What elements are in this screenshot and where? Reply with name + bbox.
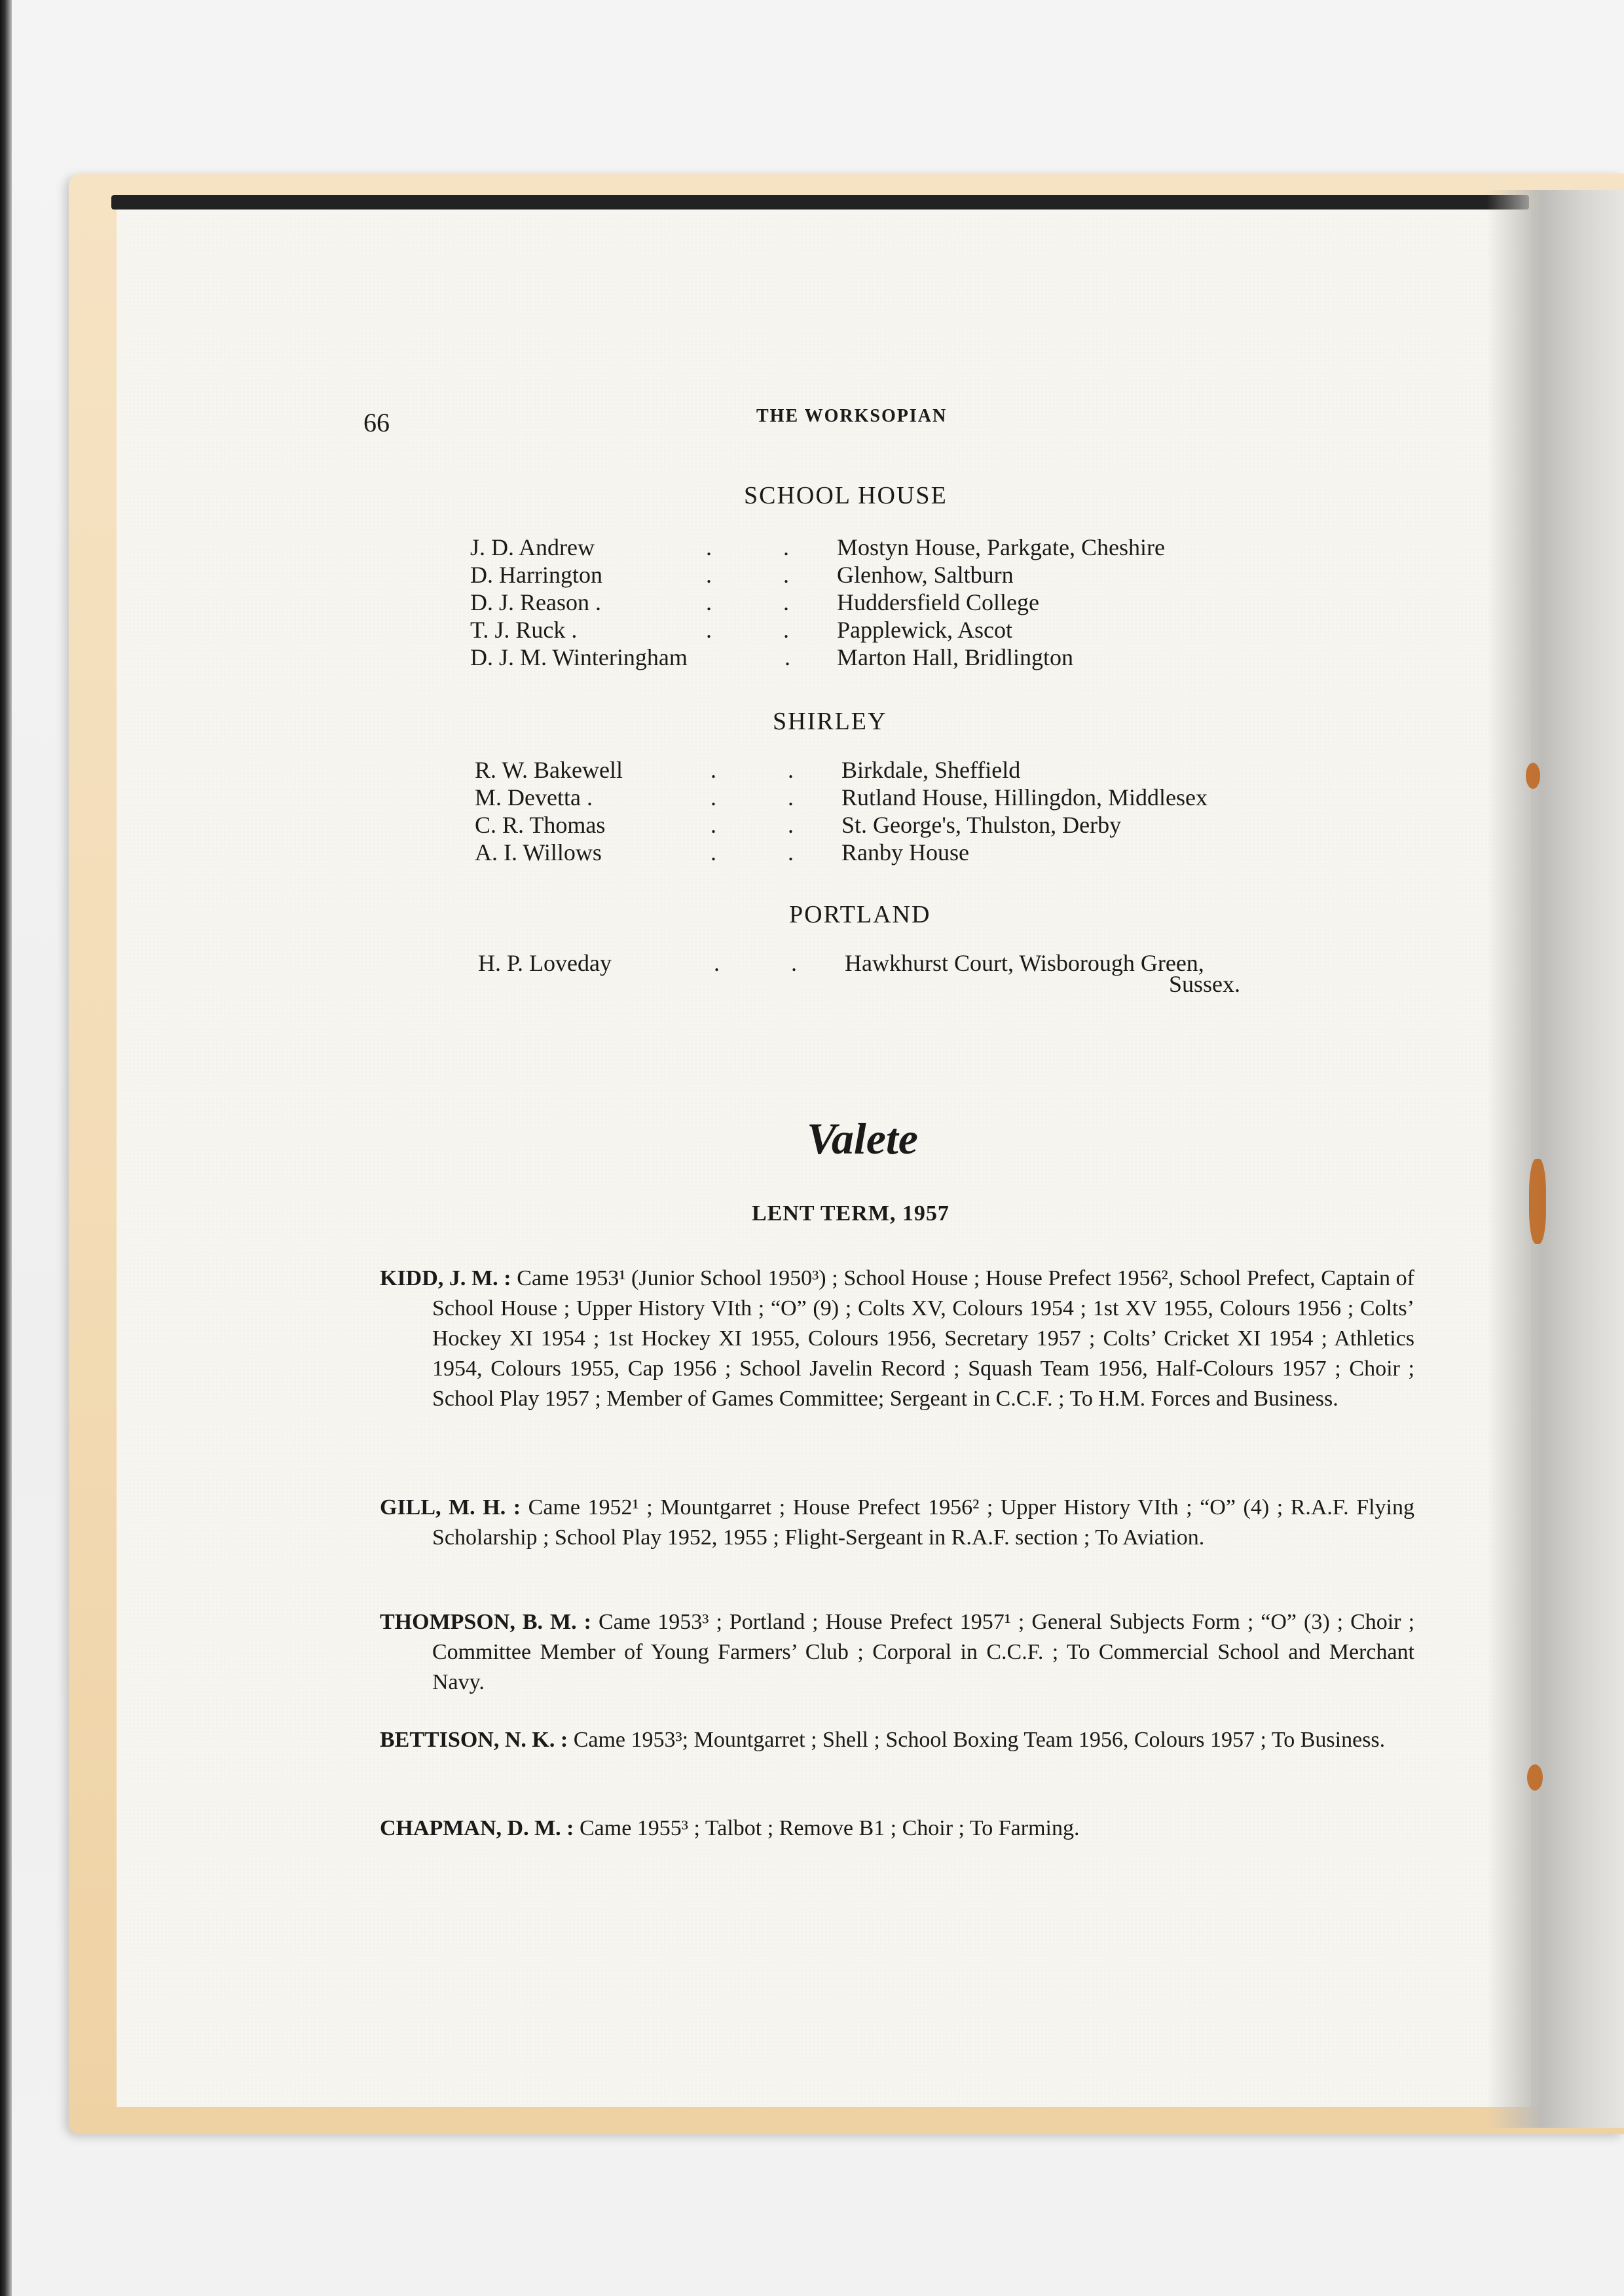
valete-heading: Valete (807, 1113, 918, 1165)
valete-entry: CHAPMAN, D. M. : Came 1955³ ; Talbot ; R… (380, 1813, 1414, 1844)
roster-name: D. J. M. Winteringham (470, 644, 784, 671)
roster-name: H. P. Loveday (478, 949, 714, 977)
house-heading-portland: PORTLAND (789, 900, 931, 929)
entry-name: THOMPSON, B. M. : (380, 1610, 591, 1634)
roster-destination: Birkdale, Sheffield (841, 756, 1020, 784)
leader-dots: . . (706, 589, 837, 616)
entry-name: GILL, M. H. : (380, 1495, 521, 1520)
entry-name: CHAPMAN, D. M. : (380, 1816, 574, 1840)
entry-text: Came 1955³ ; Talbot ; Remove B1 ; Choir … (580, 1816, 1079, 1840)
entry-text: Came 1953¹ (Junior School 1950³) ; Schoo… (432, 1266, 1414, 1411)
roster-destination: Glenhow, Saltburn (837, 561, 1014, 589)
leader-dots: . (784, 644, 837, 671)
roster-destination: Papplewick, Ascot (837, 616, 1012, 644)
roster-row: J. D. Andrew . . Mostyn House, Parkgate,… (470, 534, 1165, 561)
valete-entry: BETTISON, N. K. : Came 1953³; Mountgarre… (380, 1725, 1414, 1755)
roster-name: C. R. Thomas (475, 811, 710, 839)
leader-dots: . . (714, 949, 845, 977)
roster-destination: Marton Hall, Bridlington (837, 644, 1073, 671)
term-heading: LENT TERM, 1957 (752, 1201, 950, 1226)
roster-row: A. I. Willows . . Ranby House (475, 839, 969, 866)
page-content: 66 THE WORKSOPIAN SCHOOL HOUSE J. D. And… (0, 0, 1624, 2296)
entry-text: Came 1952¹ ; Mountgarret ; House Prefect… (432, 1495, 1414, 1550)
entry-name: KIDD, J. M. : (380, 1266, 511, 1290)
leader-dots: . . (706, 534, 837, 561)
leader-dots: . . (706, 616, 837, 644)
leader-dots: . . (710, 756, 841, 784)
entry-name: BETTISON, N. K. : (380, 1728, 568, 1752)
entry-text: Came 1953³; Mountgarret ; Shell ; School… (574, 1728, 1385, 1752)
roster-row: M. Devetta . . . Rutland House, Hillingd… (475, 784, 1208, 811)
running-head: THE WORKSOPIAN (756, 406, 947, 427)
roster-row: C. R. Thomas . . St. George's, Thulston,… (475, 811, 1121, 839)
roster-row: D. J. M. Winteringham . Marton Hall, Bri… (470, 644, 1073, 671)
leader-dots: . . (710, 839, 841, 866)
roster-destination: Hawkhurst Court, Wisborough Green, (845, 949, 1204, 977)
roster-row: D. J. Reason . . . Huddersfield College (470, 589, 1039, 616)
roster-destination: Huddersfield College (837, 589, 1039, 616)
roster-name: D. J. Reason . (470, 589, 706, 616)
house-heading-shirley: SHIRLEY (773, 707, 887, 736)
roster-destination: Rutland House, Hillingdon, Middlesex (841, 784, 1208, 811)
roster-name: D. Harrington (470, 561, 706, 589)
roster-row: T. J. Ruck . . . Papplewick, Ascot (470, 616, 1012, 644)
roster-row: R. W. Bakewell . . Birkdale, Sheffield (475, 756, 1020, 784)
roster-name: J. D. Andrew (470, 534, 706, 561)
page-number: 66 (363, 407, 390, 438)
roster-destination: Mostyn House, Parkgate, Cheshire (837, 534, 1165, 561)
house-heading-school-house: SCHOOL HOUSE (744, 481, 948, 510)
leader-dots: . . (710, 784, 841, 811)
roster-name: T. J. Ruck . (470, 616, 706, 644)
valete-entry: GILL, M. H. : Came 1952¹ ; Mountgarret ;… (380, 1493, 1414, 1553)
valete-entry: THOMPSON, B. M. : Came 1953³ ; Portland … (380, 1607, 1414, 1698)
roster-name: R. W. Bakewell (475, 756, 710, 784)
roster-row: H. P. Loveday . . Hawkhurst Court, Wisbo… (478, 949, 1204, 977)
leader-dots: . . (710, 811, 841, 839)
roster-name: M. Devetta . (475, 784, 710, 811)
roster-row: D. Harrington . . Glenhow, Saltburn (470, 561, 1014, 589)
valete-entry: KIDD, J. M. : Came 1953¹ (Junior School … (380, 1264, 1414, 1414)
leader-dots: . . (706, 561, 837, 589)
roster-name: A. I. Willows (475, 839, 710, 866)
roster-destination: St. George's, Thulston, Derby (841, 811, 1121, 839)
roster-destination-continued: Sussex. (1169, 970, 1240, 998)
roster-destination: Ranby House (841, 839, 969, 866)
